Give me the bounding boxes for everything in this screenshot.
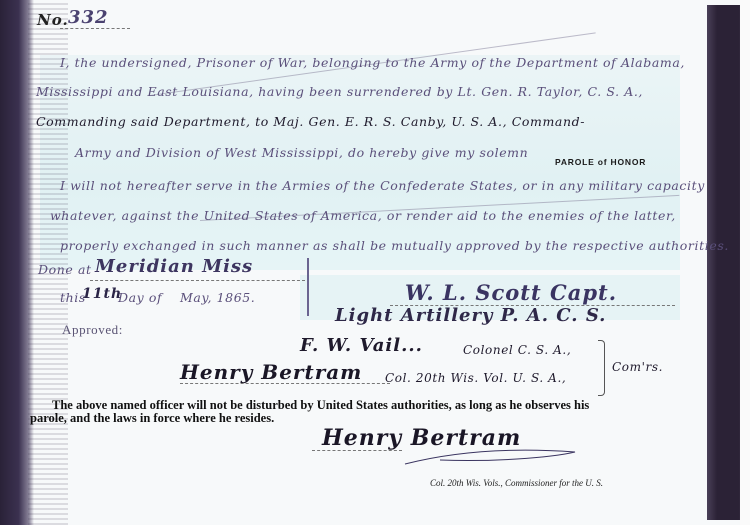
prisoner-signature: W. L. Scott Capt.	[405, 280, 617, 305]
body-line-3: Commanding said Department, to Maj. Gen.…	[36, 114, 585, 129]
place-bracket	[307, 258, 309, 316]
body-line-7: properly exchanged in such manner as sha…	[60, 238, 729, 253]
notice-line-2: parole, and the laws in force where he r…	[30, 411, 274, 426]
document-number: 332	[68, 7, 109, 28]
body-line-5: I will not hereafter serve in the Armies…	[60, 178, 705, 193]
parole-document: No. 332 I, the undersigned, Prisoner of …	[0, 0, 750, 525]
document-number-label: No.	[37, 11, 69, 29]
final-title: Col. 20th Wis. Vols., Commissioner for t…	[430, 478, 603, 488]
place-dotline	[90, 280, 305, 281]
place-label: Done at	[38, 262, 92, 277]
place-value: Meridian Miss	[95, 256, 253, 277]
date-month-year: May, 1865.	[180, 290, 255, 305]
prisoner-unit: Light Artillery P. A. C. S.	[335, 305, 606, 326]
body-line-6: whatever, against the United States of A…	[50, 208, 676, 223]
parole-heading: PAROLE of HONOR	[555, 157, 646, 167]
approved-label: Approved:	[62, 322, 123, 338]
signature-flourish	[400, 440, 580, 470]
commissioner-2-title: Col. 20th Wis. Vol. U. S. A.,	[385, 371, 566, 385]
final-dotline	[312, 450, 402, 451]
date-day: 11th	[82, 286, 122, 302]
commissioner-1-signature: F. W. Vail...	[300, 335, 423, 356]
commissioner-1-title: Colonel C. S. A.,	[463, 343, 571, 357]
number-dotline	[60, 28, 130, 29]
date-day-label: Day of	[118, 290, 162, 305]
commissioner-dotline	[180, 383, 390, 384]
scan-right-margin	[740, 0, 750, 525]
body-line-1: I, the undersigned, Prisoner of War, bel…	[60, 55, 685, 70]
body-line-4: Army and Division of West Mississippi, d…	[75, 145, 528, 160]
body-line-2: Mississippi and East Louisiana, having b…	[36, 84, 643, 99]
commissioner-2-signature: Henry Bertram	[180, 360, 362, 384]
commissioners-bracket	[598, 340, 605, 396]
commissioners-label: Com'rs.	[612, 360, 663, 374]
